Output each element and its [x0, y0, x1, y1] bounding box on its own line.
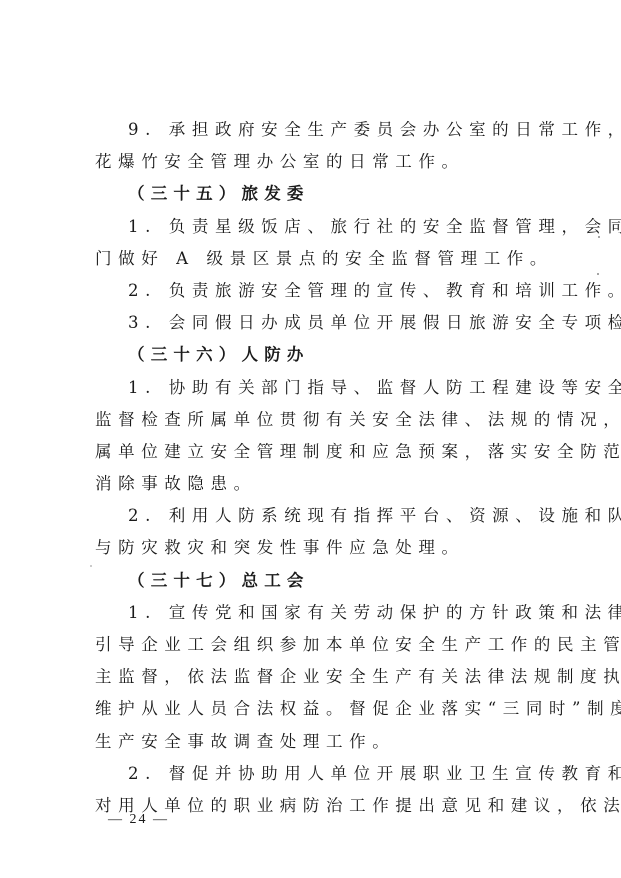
- section-heading-federation-of-trade-unions: （三十七）总工会: [95, 565, 535, 597]
- paragraph-line: 3. 会同假日办成员单位开展假日旅游安全专项检查。: [95, 307, 535, 339]
- paragraph-line: 生产安全事故调查处理工作。: [95, 726, 535, 758]
- paragraph-line: 9. 承担政府安全生产委员会办公室的日常工作，承担烟: [95, 114, 535, 146]
- paragraph-line: 花爆竹安全管理办公室的日常工作。: [95, 146, 535, 178]
- paragraph-line: 属单位建立安全管理制度和应急预案，落实安全防范措施，: [95, 436, 535, 468]
- section-heading-civil-defense-office: （三十六）人防办: [95, 339, 535, 371]
- document-body: 9. 承担政府安全生产委员会办公室的日常工作，承担烟 花爆竹安全管理办公室的日常…: [95, 114, 535, 822]
- scan-speck: [90, 565, 92, 567]
- paragraph-line: 门做好 A 级景区景点的安全监督管理工作。: [95, 243, 535, 275]
- paragraph-line: 主监督，依法监督企业安全生产有关法律法规制度执行情况，: [95, 661, 535, 693]
- paragraph-line: 1. 负责星级饭店、旅行社的安全监督管理，会同有关部: [95, 211, 535, 243]
- paragraph-line: 监督检查所属单位贯彻有关安全法律、法规的情况，督促所: [95, 404, 535, 436]
- section-heading-tourism-committee: （三十五）旅发委: [95, 178, 535, 210]
- paragraph-line: 1. 协助有关部门指导、监督人防工程建设等安全工作，: [95, 372, 535, 404]
- paragraph-line: 2. 利用人防系统现有指挥平台、资源、设施和队伍，参: [95, 500, 535, 532]
- scan-speck: [597, 273, 599, 275]
- paragraph-line: 引导企业工会组织参加本单位安全生产工作的民主管理和民: [95, 629, 535, 661]
- paragraph-line: 1. 宣传党和国家有关劳动保护的方针政策和法律法规，: [95, 597, 535, 629]
- page-number: — 24 —: [108, 812, 169, 828]
- paragraph-line: 与防灾救灾和突发性事件应急处理。: [95, 532, 535, 564]
- paragraph-line: 2. 负责旅游安全管理的宣传、教育和培训工作。: [95, 275, 535, 307]
- paragraph-line: 消除事故隐患。: [95, 468, 535, 500]
- paragraph-line: 维护从业人员合法权益。督促企业落实“三同时”制度，参加: [95, 693, 535, 725]
- paragraph-line: 2. 督促并协助用人单位开展职业卫生宣传教育和培训，: [95, 758, 535, 790]
- scan-speck: [598, 236, 600, 238]
